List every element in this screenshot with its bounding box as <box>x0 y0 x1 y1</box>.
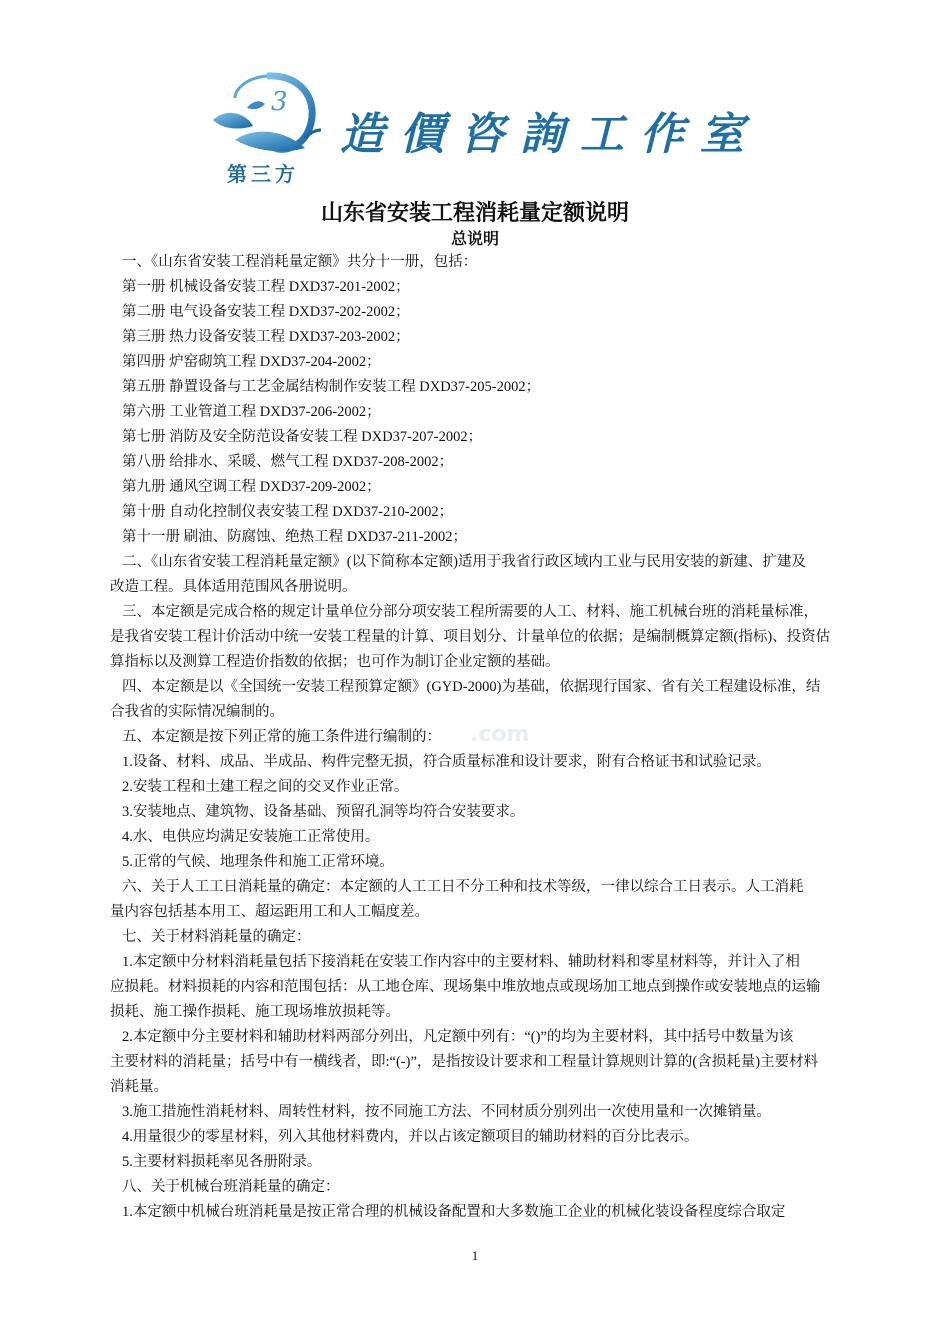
section-8-heading: 八、关于机械台班消耗量的确定： <box>122 1175 862 1200</box>
material-item-1: 1.本定额中分材料消耗量包括下接消耗在安装工作内容中的主要材料、辅助材料和零星材… <box>122 950 862 1025</box>
paragraph-line: 算指标以及测算工程造价指数的依据；也可作为制订企业定额的基础。 <box>110 650 862 675</box>
section-4: 四、本定额是以《全国统一安装工程预算定额》(GYD-2000)为基础，依据现行国… <box>122 675 862 725</box>
section-2: 二、《山东省安装工程消耗量定额》(以下简称本定额)适用于我省行政区域内工业与民用… <box>122 550 862 600</box>
machine-item-1: 1.本定额中机械台班消耗量是按正常合理的机械设备配置和大多数施工企业的机械化装设… <box>122 1200 862 1225</box>
paragraph-line: 六、关于人工工日消耗量的确定：本定额的人工工日不分工种和技术等级，一律以综合工日… <box>122 875 862 900</box>
paragraph-line: 量内容包括基本用工、超运距用工和人工幅度差。 <box>110 900 862 925</box>
logo-title: 造價咨詢工作室 <box>340 98 760 162</box>
paragraph-line: 四、本定额是以《全国统一安装工程预算定额》(GYD-2000)为基础，依据现行国… <box>122 675 862 700</box>
paragraph-line: 是我省安装工程计价活动中统一安装工程量的计算、项目划分、计量单位的依据；是编制概… <box>110 625 862 650</box>
volume-item: 第二册 电气设备安装工程 DXD37-202-2002； <box>122 300 862 325</box>
condition-item: 5.正常的气候、地理条件和施工正常环境。 <box>122 850 862 875</box>
volume-item: 第九册 通风空调工程 DXD37-209-2002； <box>122 475 862 500</box>
volume-item: 第五册 静置设备与工艺金属结构制作安装工程 DXD37-205-2002； <box>122 375 862 400</box>
paragraph-line: 应损耗。材料损耗的内容和范围包括：从工地仓库、现场集中堆放地点或现场加工地点到操… <box>110 975 862 1000</box>
paragraph-line: 主要材料的消耗量；括号中有一横线者，即:“(-)”，是指按设计要求和工程量计算规… <box>110 1050 862 1075</box>
paragraph-line: 合我省的实际情况编制的。 <box>110 700 862 725</box>
document-title: 山东省安装工程消耗量定额说明 <box>0 196 950 227</box>
paragraph-line: 1.本定额中分材料消耗量包括下接消耗在安装工作内容中的主要材料、辅助材料和零星材… <box>122 950 862 975</box>
section-6: 六、关于人工工日消耗量的确定：本定额的人工工日不分工种和技术等级，一律以综合工日… <box>122 875 862 925</box>
material-item-3: 3.施工措施性消耗材料、周转性材料，按不同施工方法、不同材质分别列出一次使用量和… <box>122 1100 862 1125</box>
condition-item: 1.设备、材料、成品、半成品、构件完整无损，符合质量标准和设计要求，附有合格证书… <box>122 750 862 775</box>
condition-item: 3.安装地点、建筑物、设备基础、预留孔洞等均符合安装要求。 <box>122 800 862 825</box>
svg-text:3: 3 <box>271 87 288 117</box>
paragraph-line: 三、本定额是完成合格的规定计量单位分部分项安装工程所需要的人工、材料、施工机械台… <box>122 600 862 625</box>
material-item-5: 5.主要材料损耗率见各册附录。 <box>122 1150 862 1175</box>
material-item-4: 4.用量很少的零星材料，列入其他材料费内，并以占该定额项目的辅助材料的百分比表示… <box>122 1125 862 1150</box>
volume-item: 第六册 工业管道工程 DXD37-206-2002； <box>122 400 862 425</box>
volume-item: 第十一册 刷油、防腐蚀、绝热工程 DXD37-211-2002； <box>122 525 862 550</box>
document-subtitle: 总说明 <box>0 226 950 249</box>
logo-subtitle: 第三方 <box>227 158 299 187</box>
paragraph-line: 改造工程。具体适用范围风各册说明。 <box>110 575 862 600</box>
paragraph-line: 2.本定额中分主要材料和辅助材料两部分列出，凡定额中列有：“()”的均为主要材料… <box>122 1025 862 1050</box>
material-item-2: 2.本定额中分主要材料和辅助材料两部分列出，凡定额中列有：“()”的均为主要材料… <box>122 1025 862 1100</box>
section-5-heading: 五、本定额是按下列正常的施工条件进行编制的： <box>122 725 862 750</box>
section-3: 三、本定额是完成合格的规定计量单位分部分项安装工程所需要的人工、材料、施工机械台… <box>122 600 862 675</box>
intro-line: 一、《山东省安装工程消耗量定额》共分十一册，包括： <box>122 250 862 275</box>
paragraph-line: 消耗量。 <box>110 1075 862 1100</box>
paragraph-line: 二、《山东省安装工程消耗量定额》(以下简称本定额)适用于我省行政区域内工业与民用… <box>122 550 862 575</box>
logo-banner: 3 第三方 造價咨詢工作室 <box>205 68 735 193</box>
condition-item: 4.水、电供应均满足安装施工正常使用。 <box>122 825 862 850</box>
volume-item: 第十册 自动化控制仪表安装工程 DXD37-210-2002； <box>122 500 862 525</box>
volume-item: 第三册 热力设备安装工程 DXD37-203-2002； <box>122 325 862 350</box>
volume-item: 第七册 消防及安全防范设备安装工程 DXD37-207-2002； <box>122 425 862 450</box>
document-body: 一、《山东省安装工程消耗量定额》共分十一册，包括： 第一册 机械设备安装工程 D… <box>122 250 862 1225</box>
volume-item: 第四册 炉窑砌筑工程 DXD37-204-2002； <box>122 350 862 375</box>
volume-item: 第八册 给排水、采暖、燃气工程 DXD37-208-2002； <box>122 450 862 475</box>
page-number: 1 <box>0 1248 950 1264</box>
paragraph-line: 损耗、施工操作损耗、施工现场堆放损耗等。 <box>110 1000 862 1025</box>
condition-item: 2.安装工程和土建工程之间的交叉作业正常。 <box>122 775 862 800</box>
section-7-heading: 七、关于材料消耗量的确定： <box>122 925 862 950</box>
volume-item: 第一册 机械设备安装工程 DXD37-201-2002； <box>122 275 862 300</box>
